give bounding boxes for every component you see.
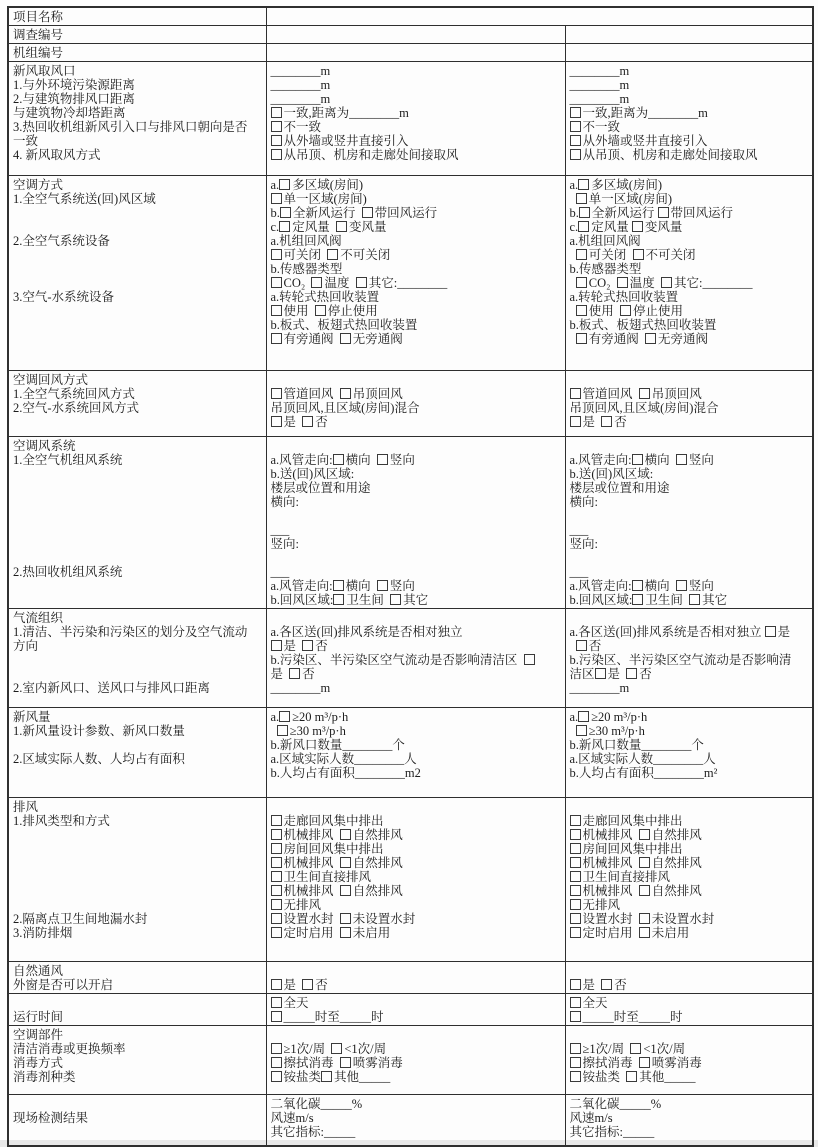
- text-run: 是: [284, 978, 303, 992]
- option-line: c.定风量 变风量: [271, 220, 561, 234]
- checkbox-icon[interactable]: [271, 1011, 282, 1022]
- text-run: ________m: [271, 681, 331, 695]
- option-line: 走廊回风集中排出: [271, 814, 561, 828]
- checkbox-icon[interactable]: [271, 640, 282, 651]
- checkbox-icon[interactable]: [570, 997, 581, 1008]
- text-run: 全天: [583, 996, 608, 1010]
- option-line: 定时启用 未启用: [570, 926, 809, 940]
- text-line: [13, 1097, 262, 1111]
- checkbox-icon[interactable]: [377, 454, 388, 465]
- fill-blank-line: ___: [271, 565, 561, 579]
- text-line: [13, 537, 262, 551]
- checkbox-icon[interactable]: [639, 885, 650, 896]
- text-run: ≥30 m³/p·h: [290, 724, 346, 738]
- text-run: 从吊顶、机房和走廊处间接取风: [583, 148, 758, 162]
- checkbox-icon[interactable]: [271, 135, 282, 146]
- option-line: a.各区送(回)排风系统是否相对独立 是: [570, 625, 809, 639]
- text-run: 4. 新风取风方式: [13, 148, 101, 162]
- checkbox-icon[interactable]: [639, 927, 650, 938]
- option-line: 是 否: [570, 978, 809, 992]
- checkbox-icon[interactable]: [271, 193, 282, 204]
- checkbox-icon[interactable]: [340, 927, 351, 938]
- text-run: ___: [271, 523, 290, 537]
- text-run: ≥1次/周: [284, 1042, 332, 1056]
- hvac-survey-table: 项目名称 调查编号 机组编号 新风取风口1.与外环境污染源距离2.与建筑物排风口…: [7, 6, 814, 1147]
- text-line: [13, 842, 262, 856]
- text-run: 一致: [13, 134, 38, 148]
- text-line: [570, 28, 809, 42]
- checkbox-icon[interactable]: [390, 594, 401, 605]
- unit-number-col3-cell[interactable]: [565, 44, 813, 62]
- text-run: 外窗是否可以开启: [13, 978, 113, 992]
- ac-duct-system-label-cell: 空调风系统1.全空气机组风系统 2.热回收机组风系统: [8, 437, 266, 609]
- text-run: ________m: [570, 78, 630, 92]
- text-run: b.回风区域:: [570, 593, 633, 607]
- text-run: 竖向:: [570, 537, 598, 551]
- text-run: _____时至_____时: [284, 1010, 384, 1024]
- checkbox-icon[interactable]: [639, 1057, 650, 1068]
- checkbox-icon[interactable]: [315, 305, 326, 316]
- text-run: a.: [271, 710, 280, 724]
- text-run: 有旁通阀: [284, 332, 340, 346]
- text-run: 消毒剂种类: [13, 1070, 76, 1084]
- checkbox-icon[interactable]: [570, 927, 581, 938]
- checkbox-icon[interactable]: [333, 454, 344, 465]
- text-run: a.各区送(回)排风系统是否相对独立: [271, 625, 463, 639]
- text-line: 空调风系统: [13, 439, 262, 453]
- text-run: 全新风运行: [592, 206, 658, 220]
- checkbox-icon[interactable]: [576, 193, 587, 204]
- checkbox-icon[interactable]: [271, 1057, 282, 1068]
- checkbox-icon[interactable]: [340, 829, 351, 840]
- text-run: 现场检测结果: [13, 1111, 88, 1125]
- option-line: 全天: [570, 996, 809, 1010]
- text-run: 排风: [13, 800, 38, 814]
- text-run: 变风量: [349, 220, 387, 234]
- checkbox-icon[interactable]: [676, 454, 687, 465]
- checkbox-icon[interactable]: [639, 829, 650, 840]
- checkbox-icon[interactable]: [570, 1057, 581, 1068]
- text-line: a.转轮式热回收装置: [570, 290, 809, 304]
- text-run: 设置水封: [284, 912, 340, 926]
- checkbox-icon[interactable]: [578, 711, 589, 722]
- text-run: b.人均占有面积________m²: [570, 766, 718, 780]
- option-line: 从外墙或竖井直接引入: [570, 134, 809, 148]
- fill-blank-line: ___: [271, 523, 561, 537]
- checkbox-icon[interactable]: [570, 107, 581, 118]
- row-exhaust: 排风1.排风类型和方式 2.隔离点卫生间地漏水封3.消防排烟 走廊回风集中排出机…: [8, 798, 813, 962]
- text-line: [13, 667, 262, 681]
- option-line: 机械排风 自然排风: [271, 828, 561, 842]
- checkbox-icon[interactable]: [271, 829, 282, 840]
- checkbox-icon[interactable]: [271, 885, 282, 896]
- checkbox-icon[interactable]: [570, 871, 581, 882]
- checkbox-icon[interactable]: [340, 857, 351, 868]
- ac-return-mode-col3-cell: 管道回风 吊顶回风吊顶回风,且区域(房间)混合是 否: [565, 371, 813, 437]
- text-run: 无排风: [284, 898, 322, 912]
- option-line: b.回风区域:卫生间 其它: [271, 593, 561, 607]
- checkbox-icon[interactable]: [570, 899, 581, 910]
- text-line: [271, 800, 561, 814]
- checkbox-icon[interactable]: [632, 454, 643, 465]
- checkbox-icon[interactable]: [279, 711, 290, 722]
- checkbox-icon[interactable]: [271, 1071, 282, 1082]
- checkbox-icon[interactable]: [578, 221, 589, 232]
- text-run: b.传感器类型: [271, 262, 343, 276]
- checkbox-icon[interactable]: [595, 668, 606, 679]
- checkbox-icon[interactable]: [576, 305, 587, 316]
- text-run: b.送(回)风区域:: [271, 467, 355, 481]
- fill-blank-line: ________m: [570, 64, 809, 78]
- option-line: a.多区域(房间): [271, 178, 561, 192]
- checkbox-icon[interactable]: [578, 179, 589, 190]
- text-run: 走廊回风集中排出: [583, 814, 683, 828]
- checkbox-icon[interactable]: [570, 121, 581, 132]
- checkbox-icon[interactable]: [601, 416, 612, 427]
- checkbox-icon[interactable]: [311, 277, 322, 288]
- option-line: 使用 停止使用: [570, 304, 809, 318]
- checkbox-icon[interactable]: [632, 594, 643, 605]
- text-line: 吊顶回风,且区域(房间)混合: [271, 401, 561, 415]
- checkbox-icon[interactable]: [576, 333, 587, 344]
- checkbox-icon[interactable]: [570, 829, 581, 840]
- option-line: a.风管走向:横向 竖向: [271, 453, 561, 467]
- text-run: 变风量: [645, 220, 683, 234]
- fresh-air-volume-col3-cell: a.≥20 m³/p·h ≥30 m³/p·hb.新风口数量________个a…: [565, 708, 813, 798]
- text-run: CO₂: [284, 276, 312, 290]
- checkbox-icon[interactable]: [633, 249, 644, 260]
- text-run: 可关闭: [589, 248, 633, 262]
- text-run: 否: [302, 667, 315, 681]
- checkbox-icon[interactable]: [271, 913, 282, 924]
- checkbox-icon[interactable]: [617, 277, 628, 288]
- text-run: 从吊顶、机房和走廊处间接取风: [284, 148, 459, 162]
- option-line: a.≥20 m³/p·h: [271, 710, 561, 724]
- text-run: 喷雾消毒: [353, 1056, 403, 1070]
- text-run: 其它:________: [369, 276, 447, 290]
- text-run: b.板式、板翅式热回收装置: [271, 318, 418, 332]
- text-line: [271, 964, 561, 978]
- text-line: [271, 46, 561, 60]
- option-line: 从吊顶、机房和走廊处间接取风: [271, 148, 561, 162]
- checkbox-icon[interactable]: [570, 1071, 581, 1082]
- site-test-results-label-cell: 现场检测结果: [8, 1095, 266, 1146]
- checkbox-icon[interactable]: [579, 207, 590, 218]
- checkbox-icon[interactable]: [661, 277, 672, 288]
- text-run: a.风管走向:: [271, 453, 333, 467]
- option-line: 走廊回风集中排出: [570, 814, 809, 828]
- option-line: 不一致: [271, 120, 561, 134]
- text-run: 定时启用: [284, 926, 340, 940]
- checkbox-icon[interactable]: [271, 1043, 282, 1054]
- text-run: 竖向: [689, 579, 714, 593]
- checkbox-icon[interactable]: [570, 979, 581, 990]
- text-line: 4. 新风取风方式: [13, 148, 262, 162]
- text-run: 洁区: [570, 667, 595, 681]
- text-run: 喷雾消毒: [652, 1056, 702, 1070]
- text-run: 风速m/s: [271, 1111, 314, 1125]
- survey-number-label-cell: 调查编号: [8, 26, 266, 44]
- checkbox-icon[interactable]: [302, 979, 313, 990]
- text-run: 1.新风量设计参数、新风口数量: [13, 724, 185, 738]
- checkbox-icon[interactable]: [570, 135, 581, 146]
- text-line: [570, 46, 809, 60]
- option-line: _____时至_____时: [271, 1010, 561, 1024]
- checkbox-icon[interactable]: [340, 1057, 351, 1068]
- checkbox-icon[interactable]: [570, 1011, 581, 1022]
- checkbox-icon[interactable]: [570, 1043, 581, 1054]
- checkbox-icon[interactable]: [632, 580, 643, 591]
- text-run: 3.热回收机组新风引入口与排风口朝向是否: [13, 120, 247, 134]
- option-line: 单一区域(房间): [570, 192, 809, 206]
- text-line: [570, 611, 809, 625]
- checkbox-icon[interactable]: [271, 979, 282, 990]
- checkbox-icon[interactable]: [333, 594, 344, 605]
- checkbox-icon[interactable]: [271, 857, 282, 868]
- text-run: b.污染区、半污染区空气流动是否影响清洁区: [271, 653, 524, 667]
- text-run: b.新风口数量________个: [271, 738, 405, 752]
- survey-number-col2-cell[interactable]: [266, 26, 565, 44]
- checkbox-icon[interactable]: [765, 626, 776, 637]
- text-run: 否: [315, 415, 328, 429]
- text-run: a.机组回风阀: [271, 234, 342, 248]
- text-run: 使用: [589, 304, 620, 318]
- text-line: 1.全空气系统送(回)风区域: [13, 192, 262, 206]
- fill-blank-line: ________m: [570, 78, 809, 92]
- checkbox-icon[interactable]: [356, 277, 367, 288]
- text-run: 未启用: [652, 926, 690, 940]
- option-line: 从外墙或竖井直接引入: [271, 134, 561, 148]
- checkbox-icon[interactable]: [271, 107, 282, 118]
- checkbox-icon[interactable]: [340, 913, 351, 924]
- text-run: 铵盐类: [284, 1070, 322, 1084]
- survey-number-col3-cell[interactable]: [565, 26, 813, 44]
- text-line: [13, 262, 262, 276]
- option-line: ≥30 m³/p·h: [271, 724, 561, 738]
- text-run: c.: [570, 220, 579, 234]
- checkbox-icon[interactable]: [327, 249, 338, 260]
- text-run: 项目名称: [13, 10, 63, 24]
- checkbox-icon[interactable]: [271, 121, 282, 132]
- text-run: 1.全空气机组风系统: [13, 453, 122, 467]
- option-line: 机械排风 自然排风: [271, 856, 561, 870]
- checkbox-icon[interactable]: [639, 857, 650, 868]
- checkbox-icon[interactable]: [271, 871, 282, 882]
- operation-time-col3-cell: 全天_____时至_____时: [565, 994, 813, 1026]
- text-run: <1次/周: [643, 1042, 685, 1056]
- text-line: 竖向:: [570, 537, 809, 551]
- text-run: 其他_____: [639, 1070, 695, 1084]
- checkbox-icon[interactable]: [570, 857, 581, 868]
- text-run: 空调回风方式: [13, 373, 88, 387]
- text-run: a.转轮式热回收装置: [271, 290, 380, 304]
- text-run: 定风量: [292, 220, 336, 234]
- text-run: 楼层或位置和用途: [570, 481, 670, 495]
- text-run: 机械排风: [583, 856, 639, 870]
- checkbox-icon[interactable]: [658, 207, 669, 218]
- text-line: [271, 551, 561, 565]
- operation-time-col2-cell: 全天_____时至_____时: [266, 994, 565, 1026]
- option-line: 设置水封 未设置水封: [271, 912, 561, 926]
- row-ac-mode: 空调方式1.全空气系统送(回)风区域 2.全空气系统设备 3.空气-水系统设备a…: [8, 176, 813, 371]
- text-run: 2.空气-水系统回风方式: [13, 401, 139, 415]
- fill-blank-line: 二氧化碳_____%: [570, 1097, 809, 1111]
- exhaust-col3-cell: 走廊回风集中排出机械排风 自然排风房间回风集中排出机械排风 自然排风卫生间直接排…: [565, 798, 813, 962]
- option-line: 机械排风 自然排风: [271, 884, 561, 898]
- text-run: 卫生间直接排风: [284, 870, 372, 884]
- checkbox-icon[interactable]: [340, 333, 351, 344]
- checkbox-icon[interactable]: [570, 149, 581, 160]
- checkbox-icon[interactable]: [279, 221, 290, 232]
- checkbox-icon[interactable]: [333, 580, 344, 591]
- row-unit-number: 机组编号: [8, 44, 813, 62]
- checkbox-icon[interactable]: [601, 979, 612, 990]
- checkbox-icon[interactable]: [271, 388, 282, 399]
- text-run: 无旁通阀: [658, 332, 708, 346]
- unit-number-col2-cell[interactable]: [266, 44, 565, 62]
- checkbox-icon[interactable]: [570, 815, 581, 826]
- text-run: 1.全空气系统送(回)风区域: [13, 192, 156, 206]
- checkbox-icon[interactable]: [277, 725, 288, 736]
- text-run: 单一区域(房间): [284, 192, 367, 206]
- option-line: 无排风: [271, 898, 561, 912]
- checkbox-icon[interactable]: [271, 333, 282, 344]
- checkbox-icon[interactable]: [271, 843, 282, 854]
- natural-ventilation-col2-cell: 是 否: [266, 962, 565, 994]
- checkbox-icon[interactable]: [524, 654, 535, 665]
- option-line: ≥1次/周 <1次/周: [271, 1042, 561, 1056]
- text-run: a.各区送(回)排风系统是否相对独立: [570, 625, 765, 639]
- text-run: 调查编号: [13, 28, 63, 42]
- airflow-organization-label-cell: 气流组织1.清洁、半污染和污染区的划分及空气流动方向 2.室内新风口、送风口与排…: [8, 609, 266, 708]
- text-run: b.送(回)风区域:: [570, 467, 654, 481]
- checkbox-icon[interactable]: [576, 277, 587, 288]
- checkbox-icon[interactable]: [576, 725, 587, 736]
- text-line: [271, 373, 561, 387]
- project-name-col2-cell[interactable]: [266, 7, 813, 26]
- text-line: 排风: [13, 800, 262, 814]
- checkbox-icon[interactable]: [620, 305, 631, 316]
- checkbox-icon[interactable]: [271, 815, 282, 826]
- text-line: [13, 276, 262, 290]
- checkbox-icon[interactable]: [676, 580, 687, 591]
- option-line: 一致,距离为________m: [570, 106, 809, 120]
- checkbox-icon[interactable]: [271, 277, 282, 288]
- checkbox-icon[interactable]: [331, 1043, 342, 1054]
- text-run: 与建筑物冷却塔距离: [13, 106, 126, 120]
- text-run: 1.排风类型和方式: [13, 814, 110, 828]
- fill-blank-line: b.人均占有面积________m²: [570, 766, 809, 780]
- fresh-air-volume-col2-cell: a.≥20 m³/p·h ≥30 m³/p·hb.新风口数量________个a…: [266, 708, 565, 798]
- checkbox-icon[interactable]: [630, 1043, 641, 1054]
- text-run: 铵盐类: [583, 1070, 627, 1084]
- text-run: 一致,距离为________m: [583, 106, 708, 120]
- checkbox-icon[interactable]: [271, 927, 282, 938]
- option-line: _____时至_____时: [570, 1010, 809, 1024]
- checkbox-icon[interactable]: [570, 416, 581, 427]
- row-fresh-air-volume: 新风量1.新风量设计参数、新风口数量 2.区域实际人数、人均占有面积a.≥20 …: [8, 708, 813, 798]
- checkbox-icon[interactable]: [271, 249, 282, 260]
- operation-time-label-cell: 运行时间: [8, 994, 266, 1026]
- checkbox-icon[interactable]: [570, 913, 581, 924]
- text-line: [570, 439, 809, 453]
- checkbox-icon[interactable]: [280, 207, 291, 218]
- checkbox-icon[interactable]: [340, 388, 351, 399]
- text-line: a.机组回风阀: [271, 234, 561, 248]
- checkbox-icon[interactable]: [570, 843, 581, 854]
- checkbox-icon[interactable]: [570, 885, 581, 896]
- checkbox-icon[interactable]: [639, 388, 650, 399]
- text-run: 竖向: [390, 579, 415, 593]
- checkbox-icon[interactable]: [645, 333, 656, 344]
- checkbox-icon[interactable]: [576, 640, 587, 651]
- text-run: 房间回风集中排出: [583, 842, 683, 856]
- checkbox-icon[interactable]: [626, 668, 637, 679]
- text-run: 是: [583, 415, 602, 429]
- text-line: [13, 495, 262, 509]
- text-run: b.新风口数量________个: [570, 738, 704, 752]
- checkbox-icon[interactable]: [377, 580, 388, 591]
- text-run: 其它: [403, 593, 428, 607]
- airflow-organization-col3-cell: a.各区送(回)排风系统是否相对独立 是 否b.污染区、半污染区空气流动是否影响…: [565, 609, 813, 708]
- text-run: 空调部件: [13, 1028, 63, 1042]
- row-fresh-air-intake: 新风取风口1.与外环境污染源距离2.与建筑物排风口距离与建筑物冷却塔距离3.热回…: [8, 62, 813, 176]
- checkbox-icon[interactable]: [271, 305, 282, 316]
- checkbox-icon[interactable]: [362, 207, 373, 218]
- text-run: 2.区域实际人数、人均占有面积: [13, 752, 185, 766]
- checkbox-icon[interactable]: [632, 221, 643, 232]
- checkbox-icon[interactable]: [302, 416, 313, 427]
- checkbox-icon[interactable]: [271, 149, 282, 160]
- text-run: 全新风运行: [293, 206, 362, 220]
- text-line: 横向:: [570, 495, 809, 509]
- checkbox-icon[interactable]: [289, 668, 300, 679]
- text-line: a.机组回风阀: [570, 234, 809, 248]
- text-run: 房间回风集中排出: [284, 842, 384, 856]
- checkbox-icon[interactable]: [689, 594, 700, 605]
- checkbox-icon[interactable]: [340, 885, 351, 896]
- option-line: CO₂ 温度 其它:________: [271, 276, 561, 290]
- text-run: 2.热回收机组风系统: [13, 565, 122, 579]
- text-run: 否: [614, 415, 627, 429]
- text-run: 方向: [13, 639, 38, 653]
- checkbox-icon[interactable]: [271, 997, 282, 1008]
- text-line: [13, 523, 262, 537]
- text-run: ≥30 m³/p·h: [589, 724, 645, 738]
- text-line: [570, 509, 809, 523]
- checkbox-icon[interactable]: [336, 221, 347, 232]
- checkbox-icon[interactable]: [626, 1071, 637, 1082]
- checkbox-icon[interactable]: [639, 913, 650, 924]
- fill-blank-line: ________m: [570, 681, 809, 695]
- text-run: ________m: [271, 92, 331, 106]
- option-line: 可关闭 不可关闭: [570, 248, 809, 262]
- text-run: a.风管走向:: [570, 453, 632, 467]
- checkbox-icon[interactable]: [279, 179, 290, 190]
- checkbox-icon[interactable]: [302, 640, 313, 651]
- ac-duct-system-col2-cell: a.风管走向:横向 竖向b.送(回)风区域:楼层或位置和用途横向: ___竖向:…: [266, 437, 565, 609]
- text-run: 不可关闭: [646, 248, 696, 262]
- checkbox-icon[interactable]: [271, 899, 282, 910]
- checkbox-icon[interactable]: [321, 1071, 332, 1082]
- checkbox-icon[interactable]: [271, 416, 282, 427]
- row-project-name: 项目名称: [8, 7, 813, 26]
- checkbox-icon[interactable]: [570, 388, 581, 399]
- checkbox-icon[interactable]: [576, 249, 587, 260]
- fill-blank-line: ________m: [271, 78, 561, 92]
- text-line: 空调回风方式: [13, 373, 262, 387]
- option-line: a.风管走向:横向 竖向: [271, 579, 561, 593]
